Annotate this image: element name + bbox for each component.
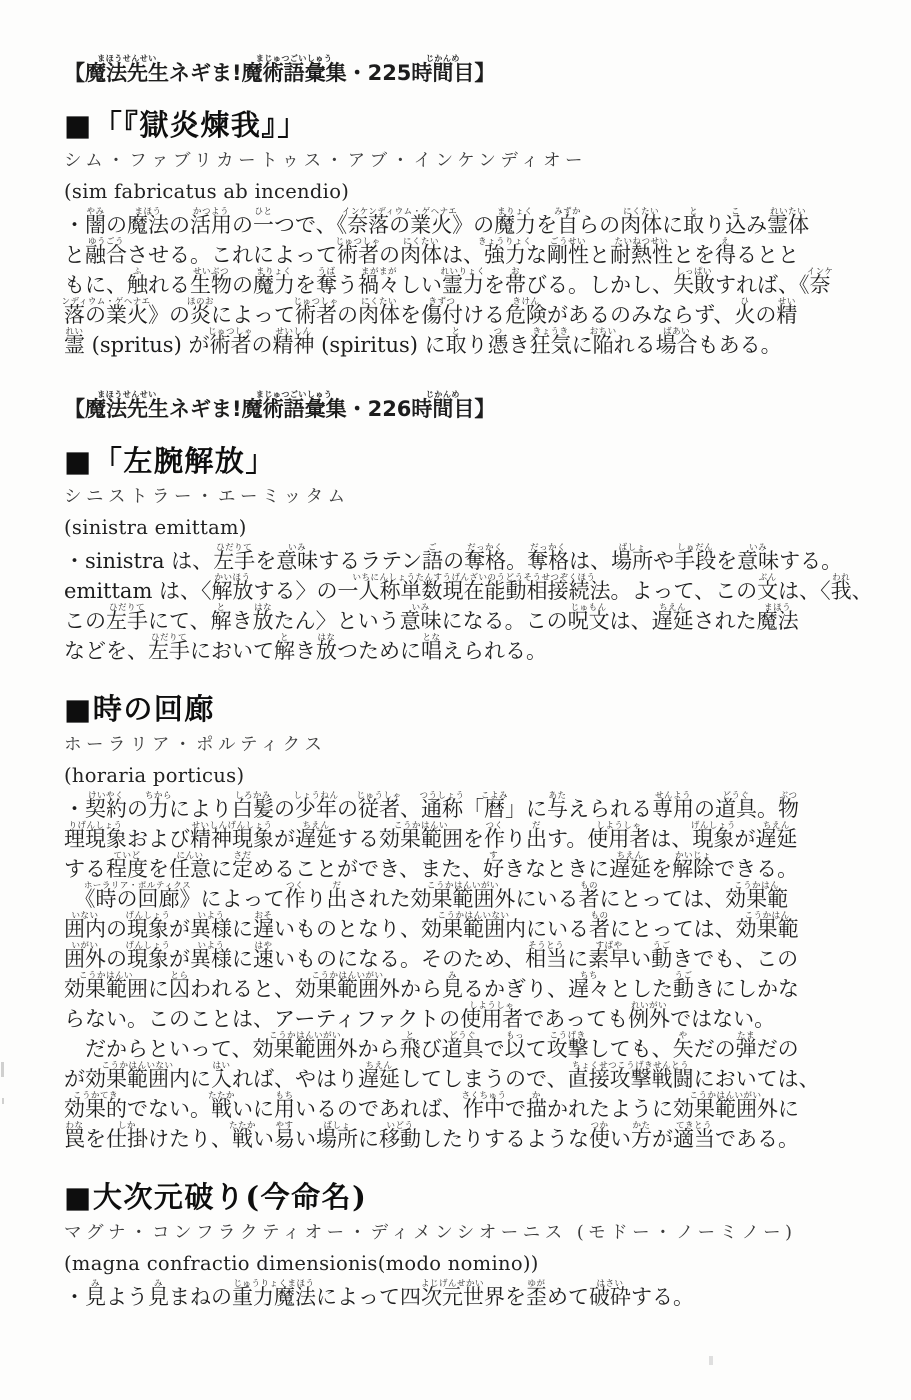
ruby-segment: こうかてき効果的 (64, 1098, 127, 1120)
base-text: に (211, 858, 232, 880)
base-text: ではない。 (670, 1008, 775, 1030)
text-segment: に (572, 334, 593, 356)
base-text: 霊 (64, 334, 85, 356)
base-text: に (567, 948, 588, 970)
base-text: で (484, 1038, 505, 1060)
base-text: 【 (64, 398, 85, 420)
base-text: 易 (274, 1128, 295, 1150)
text-segment: 、 (852, 580, 873, 602)
text-segment: ネギま! (169, 62, 242, 84)
ruby-segment: はさい破砕 (589, 1286, 631, 1308)
ruby-segment: こうかはんいがい効果範囲外 (673, 1098, 778, 1120)
ruby-segment: いがい囲外 (64, 948, 106, 970)
base-text: 使用者 (587, 828, 650, 850)
text-segment: 】 (474, 62, 495, 84)
ruby-segment: しようしゃ使用者 (460, 1008, 523, 1030)
text-segment: つで、《 (274, 214, 347, 236)
base-text: 少年 (295, 798, 337, 820)
text-segment: きでも、この (672, 948, 798, 970)
base-text: 放 (316, 640, 337, 662)
base-text: 得 (715, 244, 736, 266)
base-text: する。 (631, 1286, 694, 1308)
base-text: み (746, 214, 767, 236)
ruby-segment: れいたい霊体 (767, 214, 809, 236)
base-text: 速 (253, 948, 274, 970)
text-segment: すれば、《 (715, 274, 810, 296)
text-segment: ・sinistra は、 (64, 550, 213, 572)
ruby-segment: だ出 (526, 828, 547, 850)
text-segment: を (505, 1286, 526, 1308)
text-segment: するラテン (318, 550, 422, 572)
scan-artifact (2, 1098, 4, 1104)
base-text: は、〈 (778, 580, 831, 602)
text-segment: り (467, 334, 488, 356)
entry-heading: ■時の回廊 (64, 692, 851, 727)
base-text: および (127, 828, 190, 850)
base-text: 文 (757, 580, 778, 602)
ruby-segment: やみ闇 (85, 214, 106, 236)
base-text: であっても (523, 1008, 628, 1030)
text-line: こうかはんい効果範囲にとら囚われると、こうかはんいがい効果範囲外からみ見るかぎり… (64, 970, 851, 1000)
entry-heading: ■「左腕解放」 (64, 444, 851, 479)
base-text: させる。これによって (127, 244, 337, 266)
text-segment: を (716, 550, 737, 572)
ruby-segment: よじげんせかい四次元世界 (400, 1286, 505, 1308)
base-text: などを、 (64, 640, 148, 662)
text-segment: な (526, 244, 547, 266)
base-text: emittam は、〈 (64, 580, 212, 602)
text-segment: と (589, 244, 610, 266)
text-line: ・やみ闇のまほう魔法のかつよう活用のひと一つで、《インケンディウム・ゲヘナエ奈落… (64, 206, 851, 236)
base-text: よう (106, 1286, 148, 1308)
base-text: 重力魔法 (232, 1286, 316, 1308)
base-text: を (255, 550, 276, 572)
base-text: 遅 (253, 918, 274, 940)
text-segment: および (127, 828, 190, 850)
base-text: 意味 (400, 610, 442, 632)
text-segment: は、 (442, 244, 484, 266)
base-text: 弾 (736, 1038, 757, 1060)
base-text: 手段 (674, 550, 716, 572)
text-segment: が (169, 948, 190, 970)
ruby-segment: いみ意味 (276, 550, 318, 572)
text-segment: しい (400, 274, 442, 296)
text-segment: み (746, 214, 767, 236)
base-text: 奈落の業火 (347, 214, 452, 236)
ruby-segment: こうかはんいがい効果範囲外 (295, 978, 400, 1000)
base-text: と (64, 244, 85, 266)
base-text: 奪格 (527, 550, 569, 572)
base-text: 放 (253, 610, 274, 632)
base-text: に (190, 1068, 211, 1090)
base-text: 術者 (209, 334, 251, 356)
ruby-segment: きけん危険 (505, 304, 547, 326)
base-text: 我 (831, 580, 852, 602)
base-text: らない。このことは、アーティファクトの (64, 1008, 460, 1030)
ruby-segment: いない囲内 (64, 918, 106, 940)
base-text: を (85, 1128, 106, 1150)
text-segment: れる (148, 274, 190, 296)
base-text: だの (757, 1038, 799, 1060)
base-text: 魔法先生 (85, 398, 169, 420)
base-text: に (232, 918, 253, 940)
base-text: で (505, 1098, 526, 1120)
text-segment: 」に (505, 798, 547, 820)
base-text: 効果範囲外 (411, 888, 516, 910)
base-text: 活用 (190, 214, 232, 236)
base-text: 【 (64, 62, 85, 84)
ruby-segment: かつよう活用 (190, 214, 232, 236)
text-line: 《ホーラリア・ポルティクス時の回廊》によってつく作りだ出されたこうかはんいがい効… (64, 880, 851, 910)
base-text: り (505, 828, 526, 850)
base-text: 物 (778, 798, 799, 820)
base-text: が (169, 918, 190, 940)
ruby-segment: ホーラリア・ポルティクス時の回廊 (96, 888, 180, 910)
ruby-segment: み見 (442, 978, 463, 1000)
ruby-segment: とら囚 (169, 978, 190, 1000)
entry-daijigen-yaburi: ■大次元破り(今命名)マグナ・コンフラクティオー・ディメンシオーニス (モドー・… (64, 1180, 851, 1308)
base-text: 傷付 (421, 304, 463, 326)
ruby-segment: こよみ暦 (484, 798, 505, 820)
paragraph: だからといって、こうかはんいがい効果範囲外からと飛びどうぐ道具でもっ以てこうげき… (64, 1030, 851, 1150)
base-text: 相当 (525, 948, 567, 970)
base-text: 時の回廊 (96, 888, 180, 910)
base-text: 落の業火 (64, 304, 148, 326)
base-text: 場所 (316, 1128, 358, 1150)
base-text: 見 (85, 1286, 106, 1308)
base-text: 任意 (169, 858, 211, 880)
base-text: う (337, 274, 358, 296)
ruby-segment: れいりょく霊力 (442, 274, 484, 296)
text-line: こうかてき効果的でない。たたか戦いにもち用いるのであれば、さくちゅう作中でか描か… (64, 1090, 851, 1120)
base-text: 攻撃 (547, 1038, 589, 1060)
base-text: を (400, 304, 421, 326)
base-text: らの (578, 214, 620, 236)
base-text: 見 (148, 1286, 169, 1308)
base-text: 陥 (593, 334, 614, 356)
base-text: 破砕 (589, 1286, 631, 1308)
text-segment: 【 (64, 62, 85, 84)
base-text: れる (614, 334, 656, 356)
text-segment: 《 (64, 888, 96, 910)
base-text: いものとなり、 (274, 918, 421, 940)
base-text: から (358, 1038, 400, 1060)
base-text: にとっては、 (610, 918, 736, 940)
base-text: にいる (516, 888, 579, 910)
ruby-segment: と解 (274, 640, 295, 662)
text-segment: にて、 (148, 610, 211, 632)
ruby-segment: つ憑 (488, 334, 509, 356)
base-text: を (463, 828, 484, 850)
ruby-segment: はな放 (316, 640, 337, 662)
base-text: 例外 (628, 1008, 670, 1030)
base-text: 遅々 (568, 978, 610, 1000)
base-text: ける (463, 304, 505, 326)
base-text: 魔法 (757, 610, 799, 632)
base-text: 使 (589, 1128, 610, 1150)
base-text: 効果範囲外 (253, 1038, 358, 1060)
ruby-segment: じゅつしゃ術者 (337, 244, 379, 266)
ruby-segment: たいねつせい耐熱性 (610, 244, 673, 266)
base-text: ・ (64, 1286, 85, 1308)
ruby-segment: ちえん遅延 (295, 828, 337, 850)
text-segment: もある。 (698, 334, 782, 356)
base-text: 異様 (190, 948, 232, 970)
base-text: 作 (285, 888, 306, 910)
ruby-segment: こうかはんい効果範囲 (64, 978, 148, 1000)
base-text: 場合 (656, 334, 698, 356)
text-segment: する〉の (254, 580, 338, 602)
base-text: 魔力 (253, 274, 295, 296)
base-text: 失敗 (673, 274, 715, 296)
base-text: 術者 (337, 244, 379, 266)
base-text: 込 (725, 214, 746, 236)
base-text: の (274, 798, 295, 820)
text-segment: 「 (463, 798, 484, 820)
base-text: 現象 (127, 918, 169, 940)
ruby-segment: いよう異様 (190, 948, 232, 970)
text-segment: まねの (169, 1286, 232, 1308)
base-text: われると、 (190, 978, 295, 1000)
base-text: 動 (651, 948, 672, 970)
base-text: きにしかな (694, 978, 799, 1000)
base-text: 】 (474, 398, 495, 420)
text-line: わな罠をしか仕掛けたり、たたか戦いやす易いばしょ場所にいどう移動したりするような… (64, 1120, 851, 1150)
ruby-segment: み見 (85, 1286, 106, 1308)
base-text: に (662, 214, 683, 236)
base-text: に (148, 978, 169, 1000)
text-segment: う (337, 274, 358, 296)
text-segment: で (505, 1098, 526, 1120)
text-segment: いものとなり、 (274, 918, 421, 940)
base-text: 。 (757, 798, 778, 820)
text-segment: ・ (64, 1286, 85, 1308)
ruby-segment: きょうりょく強力 (484, 244, 526, 266)
base-text: や (653, 550, 674, 572)
base-text: 一 (253, 214, 274, 236)
text-segment: とを (673, 244, 715, 266)
ruby-segment: はや速 (253, 948, 274, 970)
base-text: るかぎり、 (463, 978, 568, 1000)
base-text: しい (400, 274, 442, 296)
text-segment: だの (757, 1038, 799, 1060)
text-segment: 、 (400, 798, 421, 820)
base-text: 戦 (211, 1098, 232, 1120)
base-text: り (467, 334, 488, 356)
base-text: 強力 (484, 244, 526, 266)
ruby-segment: かた方 (631, 1128, 652, 1150)
ruby-segment: つうしょう通称 (421, 798, 463, 820)
base-text: 遅延 (652, 610, 694, 632)
text-segment: り (704, 214, 725, 236)
text-segment: から (358, 1038, 400, 1060)
base-text: 語 (422, 550, 443, 572)
base-text: 火 (734, 304, 755, 326)
base-text: 】 (474, 62, 495, 84)
ruby-segment: わな罠 (64, 1128, 85, 1150)
ruby-segment: こうげき攻撃 (547, 1038, 589, 1060)
ruby-segment: かいほう解放 (212, 580, 254, 602)
base-text: の (169, 214, 190, 236)
base-text: な (526, 244, 547, 266)
ruby-segment: ふ触 (127, 274, 148, 296)
ruby-segment: はな放 (253, 610, 274, 632)
base-text: しても、 (589, 1038, 673, 1060)
text-segment: の (127, 798, 148, 820)
base-text: 程度 (106, 858, 148, 880)
ruby-segment: きずつ傷付 (421, 304, 463, 326)
text-line: ンディウム・ゲヘナエ落の業火》のほのお炎によってじゅつしゃ術者のにくたい肉体をき… (64, 296, 851, 326)
text-line: ・sinistra は、ひだりて左手をいみ意味するラテンご語のだっかく奪格。だっ… (64, 542, 851, 572)
ruby-segment: じゅうりょくまほう重力魔法 (232, 1286, 316, 1308)
base-text: きでも、この (672, 948, 798, 970)
ruby-segment: ごうせい剛性 (547, 244, 589, 266)
text-segment: する (337, 828, 379, 850)
text-segment: れば、やはり (232, 1068, 358, 1090)
text-segment: を (295, 274, 316, 296)
text-segment: えられる。 (442, 640, 547, 662)
text-segment: によって (211, 304, 295, 326)
base-text: 効果範 (736, 918, 799, 940)
ruby-segment: しゅだん手段 (674, 550, 716, 572)
base-text: 効果的 (64, 1098, 127, 1120)
text-segment: びる。しかし、 (526, 274, 673, 296)
text-line: emittam は、〈かいほう解放する〉のいちにんしょうたんすうげんざいのうどう… (64, 572, 851, 602)
volume-header-226: 【まほうせんせい魔法先生ネギま!まじゅつごいしゅう魔術語彙集・226じかんめ時間… (64, 386, 851, 420)
base-text: 左手 (106, 610, 148, 632)
text-segment: き (232, 610, 253, 632)
base-text: す。 (547, 828, 587, 850)
base-text: 矢 (673, 1038, 694, 1060)
base-text: を (651, 858, 672, 880)
base-text: もに、 (64, 274, 127, 296)
text-segment: きなときに (504, 858, 609, 880)
text-segment: は、 (650, 828, 692, 850)
text-segment: の (379, 244, 400, 266)
text-segment: を (148, 858, 169, 880)
text-segment: に (662, 214, 683, 236)
ruby-segment: きょうき狂気 (530, 334, 572, 356)
text-segment: い (630, 948, 651, 970)
ruby-segment: どうぐ道具 (715, 798, 757, 820)
text-segment: を (85, 1128, 106, 1150)
base-text: 遅延 (295, 828, 337, 850)
base-text: 入 (211, 1068, 232, 1090)
base-text: 肉体 (620, 214, 662, 236)
text-segment: においては、 (694, 1068, 820, 1090)
ruby-segment: と飛 (400, 1038, 421, 1060)
ruby-segment: うば奪 (316, 274, 337, 296)
base-text: された (348, 888, 411, 910)
ruby-segment: つく作 (484, 828, 505, 850)
base-text: において (190, 640, 274, 662)
base-text: 》の (148, 304, 190, 326)
ruby-segment: や矢 (673, 1038, 694, 1060)
ruby-segment: ちから力 (148, 798, 169, 820)
text-segment: 》の (452, 214, 494, 236)
text-segment: された (348, 888, 411, 910)
ruby-segment: ちょくせつこうげきせんとう直接攻撃戦闘 (568, 1068, 694, 1090)
base-text: 好 (483, 858, 504, 880)
text-line: もに、ふ触れるせいぶつ生物のまりょく魔力をうば奪うまがまが禍々しいれいりょく霊力… (64, 266, 851, 296)
base-text: になる。この (442, 610, 568, 632)
base-text: は、 (650, 828, 692, 850)
base-text: 見 (442, 978, 463, 1000)
ruby-segment: まじゅつごいしゅう魔術語彙集 (242, 398, 347, 420)
base-text: 者 (589, 918, 610, 940)
text-line: だからといって、こうかはんいがい効果範囲外からと飛びどうぐ道具でもっ以てこうげき… (64, 1030, 851, 1060)
ruby-segment: いみ意味 (400, 610, 442, 632)
base-text: は、 (610, 610, 652, 632)
text-segment: により (169, 798, 232, 820)
ruby-segment: もの者 (589, 918, 610, 940)
base-text: 奈 (810, 274, 831, 296)
base-text: 遅延 (755, 828, 797, 850)
ruby-segment: つか使 (589, 1128, 610, 1150)
text-segment: の (232, 274, 253, 296)
base-text: を (716, 550, 737, 572)
base-text: たん〉という (274, 610, 400, 632)
base-text: 魔法先生 (85, 62, 169, 84)
base-text: 意味 (737, 550, 779, 572)
text-segment: 】 (474, 398, 495, 420)
ruby-segment: こうかはんいない効果範囲内 (421, 918, 526, 940)
base-text: 定 (232, 858, 253, 880)
base-text: の (251, 334, 272, 356)
text-segment: にとっては、 (610, 918, 736, 940)
base-text: 戦 (232, 1128, 253, 1150)
text-segment: させる。これによって (127, 244, 337, 266)
base-text: 時間目 (411, 62, 474, 84)
text-segment: だからといって、 (64, 1038, 253, 1060)
ruby-segment: もの者 (579, 888, 600, 910)
ruby-segment: こ込 (725, 214, 746, 236)
ruby-segment: ていど程度 (106, 858, 148, 880)
ruby-segment: す好 (483, 858, 504, 880)
paragraph: 《ホーラリア・ポルティクス時の回廊》によってつく作りだ出されたこうかはんいがい効… (64, 880, 851, 1030)
base-text: 与 (547, 798, 568, 820)
ruby-segment: もち用 (274, 1098, 295, 1120)
text-segment: と (64, 244, 85, 266)
ruby-segment: おそ遅 (253, 918, 274, 940)
base-text: 取 (683, 214, 704, 236)
base-text: 触 (127, 274, 148, 296)
ruby-segment: しようしゃ使用者 (587, 828, 650, 850)
base-text: 作 (484, 828, 505, 850)
text-segment: である。 (715, 1128, 799, 1150)
ruby-segment: じゅつしゃ術者 (295, 304, 337, 326)
text-segment: に (358, 1128, 379, 1150)
base-text: 炎 (190, 304, 211, 326)
text-segment: された (694, 610, 757, 632)
text-segment: り (505, 828, 526, 850)
ruby-segment: こうかはん効果範 (725, 888, 788, 910)
text-segment: この (64, 610, 106, 632)
ruby-segment: ばしょ場所 (611, 550, 653, 572)
base-text: えられる (568, 798, 652, 820)
base-text: 時間目 (411, 398, 474, 420)
text-segment: らない。このことは、アーティファクトの (64, 1008, 460, 1030)
base-text: 唱 (421, 640, 442, 662)
base-text: する (337, 828, 379, 850)
ruby-segment: ゆうごう融合 (85, 244, 127, 266)
base-text: を (505, 1286, 526, 1308)
ruby-segment: まほう魔法 (127, 214, 169, 236)
base-text: (spritus) が (85, 334, 209, 356)
ruby-segment: ひだりて左手 (213, 550, 255, 572)
entry-reading-katakana: シム・ファブリカートゥス・アブ・インケンディオー (64, 151, 851, 173)
text-line: このひだりて左手にて、と解きはな放たん〉といういみ意味になる。このじゅもん呪文は… (64, 602, 851, 632)
